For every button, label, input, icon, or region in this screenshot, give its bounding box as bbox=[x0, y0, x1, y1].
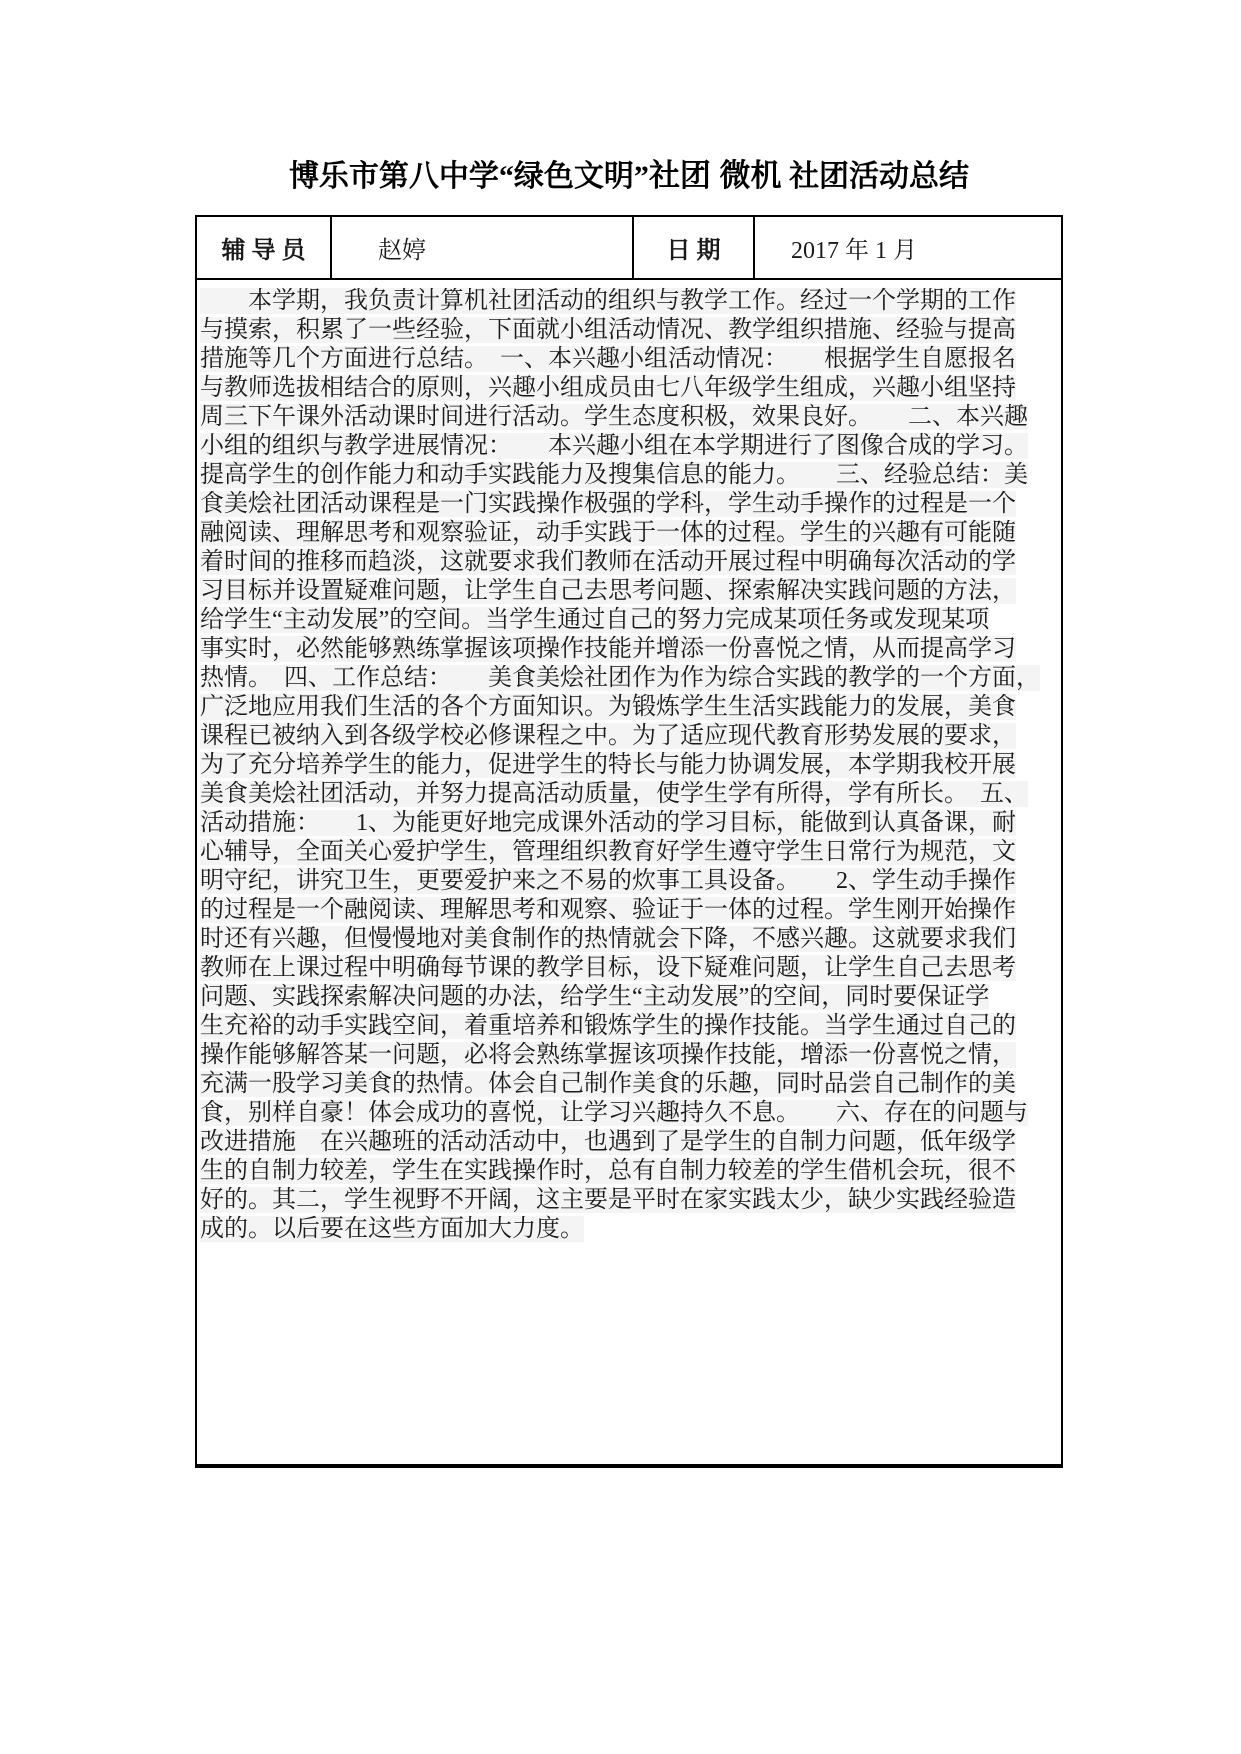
text-line: 事实时，必然能够熟练掌握该项操作技能并增添一份喜悦之情，从而提高学习 bbox=[200, 635, 1059, 664]
text-line: 与教师选拔相结合的原则，兴趣小组成员由七八年级学生组成，兴趣小组坚持 bbox=[200, 374, 1059, 403]
text-line: 心辅导，全面关心爱护学生，管理组织教育好学生遵守学生日常行为规范，文 bbox=[200, 838, 1059, 867]
text-line: 提高学生的创作能力和动手实践能力及搜集信息的能力。 三、经验总结：美 bbox=[200, 461, 1059, 490]
text-line: 融阅读、理解思考和观察验证，动手实践于一体的过程。学生的兴趣有可能随 bbox=[200, 519, 1059, 548]
advisor-label-cell: 辅 导 员 bbox=[197, 217, 332, 278]
title-part-1: 博乐市第八中学“绿色文明” bbox=[289, 160, 649, 193]
text-line: 美食美烩社团活动，并努力提高活动质量，使学生学有所得，学有所长。 五、 bbox=[200, 780, 1059, 809]
text-line: 成的。以后要在这些方面加大力度。 bbox=[200, 1215, 1059, 1244]
text-line: 本学期，我负责计算机社团活动的组织与教学工作。经过一个学期的工作 bbox=[200, 287, 1059, 316]
text-line: 改进措施 在兴趣班的活动活动中，也遇到了是学生的自制力问题，低年级学 bbox=[200, 1128, 1059, 1157]
text-line: 时还有兴趣，但慢慢地对美食制作的热情就会下降，不感兴趣。这就要求我们 bbox=[200, 925, 1059, 954]
text-line: 周三下午课外活动课时间进行活动。学生态度积极，效果良好。 二、本兴趣 bbox=[200, 403, 1059, 432]
document-page: 博乐市第八中学“绿色文明”社团 微机 社团活动总结 辅 导 员 赵婷 日 期 2… bbox=[0, 0, 1241, 1754]
text-line: 与摸索，积累了一些经验，下面就小组活动情况、教学组织措施、经验与提高 bbox=[200, 316, 1059, 345]
page-title: 博乐市第八中学“绿色文明”社团 微机 社团活动总结 bbox=[195, 150, 1063, 202]
text-line: 热情。 四、工作总结： 美食美烩社团作为作为综合实践的教学的一个方面， bbox=[200, 664, 1059, 693]
text-line: 活动措施： 1、为能更好地完成课外活动的学习目标，能做到认真备课，耐 bbox=[200, 809, 1059, 838]
text-line: 广泛地应用我们生活的各个方面知识。为锻炼学生生活实践能力的发展，美食 bbox=[200, 693, 1059, 722]
text-line: 着时间的推移而趋淡，这就要求我们教师在活动开展过程中明确每次活动的学 bbox=[200, 548, 1059, 577]
text-line: 措施等几个方面进行总结。 一、本兴趣小组活动情况： 根据学生自愿报名 bbox=[200, 345, 1059, 374]
text-line: 的过程是一个融阅读、理解思考和观察、验证于一体的过程。学生刚开始操作 bbox=[200, 896, 1059, 925]
text-line: 生充裕的动手实践空间，着重培养和锻炼学生的操作技能。当学生通过自己的 bbox=[200, 1012, 1059, 1041]
date-label-cell: 日 期 bbox=[634, 217, 755, 278]
text-line: 给学生“主动发展”的空间。当学生通过自己的努力完成某项任务或发现某项 bbox=[200, 606, 1059, 635]
date-value-cell: 2017 年 1 月 bbox=[755, 217, 1061, 278]
text-line: 课程已被纳入到各级学校必修课程之中。为了适应现代教育形势发展的要求， bbox=[200, 722, 1059, 751]
advisor-value-cell: 赵婷 bbox=[332, 217, 634, 278]
title-part-3: 社团活动总结 bbox=[782, 160, 970, 193]
text-line: 食美烩社团活动课程是一门实践操作极强的学科，学生动手操作的过程是一个 bbox=[200, 490, 1059, 519]
body-paragraph: 本学期，我负责计算机社团活动的组织与教学工作。经过一个学期的工作与摸索，积累了一… bbox=[200, 287, 1059, 1244]
summary-table: 辅 导 员 赵婷 日 期 2017 年 1 月 本学期，我负责计算机社团活动的组… bbox=[195, 215, 1063, 1468]
text-line: 好的。其二，学生视野不开阔，这主要是平时在家实践太少，缺少实践经验造 bbox=[200, 1186, 1059, 1215]
summary-body-cell: 本学期，我负责计算机社团活动的组织与教学工作。经过一个学期的工作与摸索，积累了一… bbox=[197, 280, 1061, 1464]
text-line: 充满一股学习美食的热情。体会自己制作美食的乐趣，同时品尝自己制作的美 bbox=[200, 1070, 1059, 1099]
text-line: 问题、实践探索解决问题的办法，给学生“主动发展”的空间，同时要保证学 bbox=[200, 983, 1059, 1012]
title-part-2: 社团 微机 bbox=[649, 158, 782, 193]
text-line: 明守纪，讲究卫生，更要爱护来之不易的炊事工具设备。 2、学生动手操作 bbox=[200, 867, 1059, 896]
text-line: 操作能够解答某一问题，必将会熟练掌握该项操作技能，增添一份喜悦之情， bbox=[200, 1041, 1059, 1070]
text-line: 生的自制力较差，学生在实践操作时，总有自制力较差的学生借机会玩，很不 bbox=[200, 1157, 1059, 1186]
table-header-row: 辅 导 员 赵婷 日 期 2017 年 1 月 bbox=[197, 217, 1061, 280]
text-line: 教师在上课过程中明确每节课的教学目标，设下疑难问题，让学生自己去思考 bbox=[200, 954, 1059, 983]
text-line: 食，别样自豪！体会成功的喜悦，让学习兴趣持久不息。 六、存在的问题与 bbox=[200, 1099, 1059, 1128]
text-line: 小组的组织与教学进展情况： 本兴趣小组在本学期进行了图像合成的学习。 bbox=[200, 432, 1059, 461]
text-line: 习目标并设置疑难问题，让学生自己去思考问题、探索解决实践问题的方法， bbox=[200, 577, 1059, 606]
text-line: 为了充分培养学生的能力，促进学生的特长与能力协调发展，本学期我校开展 bbox=[200, 751, 1059, 780]
